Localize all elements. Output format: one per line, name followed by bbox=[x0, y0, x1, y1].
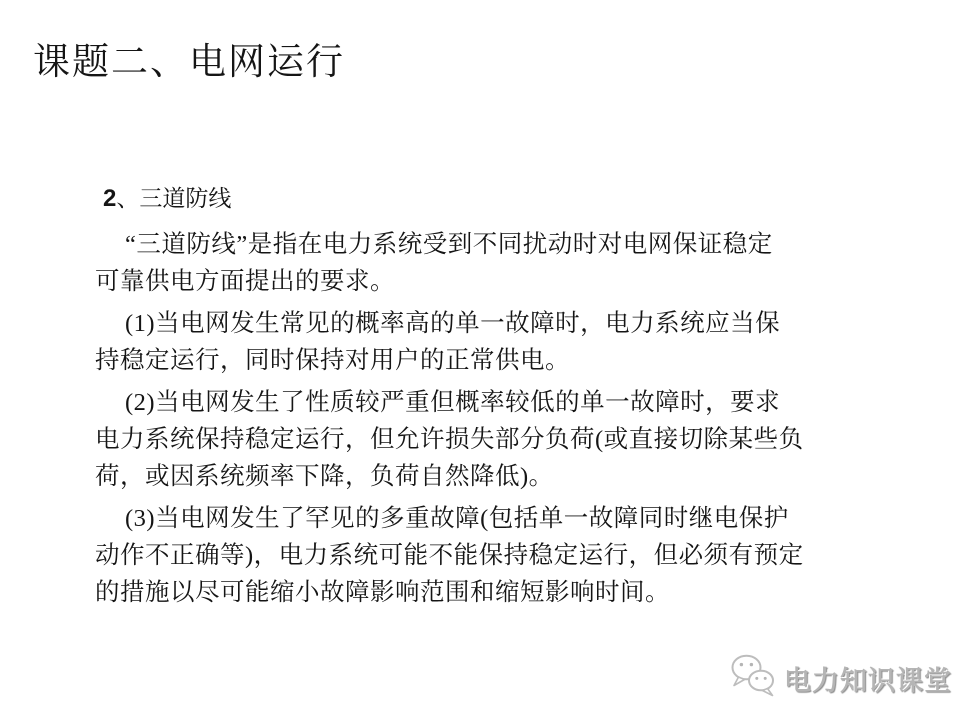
slide: 课题二、电网运行 2、三道防线 “三道防线”是指在电力系统受到不同扰动时对电网保… bbox=[0, 0, 960, 720]
text-line: 的措施以尽可能缩小故障影响范围和缩短影响时间。 bbox=[95, 574, 887, 611]
paragraph-item-3: (3)当电网发生了罕见的多重故障(包括单一故障同时继电保护 动作不正确等)，电力… bbox=[95, 500, 887, 611]
paragraph-item-2: (2)当电网发生了性质较严重但概率较低的单一故障时，要求 电力系统保持稳定运行，… bbox=[95, 384, 887, 495]
text-line: (1)当电网发生常见的概率高的单一故障时，电力系统应当保 bbox=[95, 305, 887, 342]
wechat-icon bbox=[729, 652, 777, 704]
paragraph-intro: “三道防线”是指在电力系统受到不同扰动时对电网保证稳定 可靠供电方面提出的要求。 bbox=[95, 226, 887, 300]
slide-title: 课题二、电网运行 bbox=[33, 31, 345, 85]
text-line: (2)当电网发生了性质较严重但概率较低的单一故障时，要求 bbox=[95, 384, 887, 421]
subtitle-number: 2 bbox=[103, 185, 116, 212]
subtitle-text: 、三道防线 bbox=[116, 186, 231, 211]
text-line: 电力系统保持稳定运行，但允许损失部分负荷(或直接切除某些负 bbox=[95, 421, 887, 458]
text-line: 可靠供电方面提出的要求。 bbox=[95, 263, 887, 300]
text-line: 持稳定运行，同时保持对用户的正常供电。 bbox=[95, 342, 887, 379]
paragraph-item-1: (1)当电网发生常见的概率高的单一故障时，电力系统应当保 持稳定运行，同时保持对… bbox=[95, 305, 887, 379]
text-line: (3)当电网发生了罕见的多重故障(包括单一故障同时继电保护 bbox=[95, 500, 887, 537]
footer-brand: 电力知识课堂 bbox=[729, 652, 952, 704]
brand-text: 电力知识课堂 bbox=[784, 659, 952, 698]
text-line: 动作不正确等)，电力系统可能不能保持稳定运行，但必须有预定 bbox=[95, 537, 887, 574]
text-line: 荷，或因系统频率下降，负荷自然降低)。 bbox=[95, 458, 887, 495]
body-text-block: “三道防线”是指在电力系统受到不同扰动时对电网保证稳定 可靠供电方面提出的要求。… bbox=[95, 226, 887, 611]
slide-subtitle: 2、三道防线 bbox=[103, 180, 231, 213]
text-line: “三道防线”是指在电力系统受到不同扰动时对电网保证稳定 bbox=[95, 226, 887, 263]
